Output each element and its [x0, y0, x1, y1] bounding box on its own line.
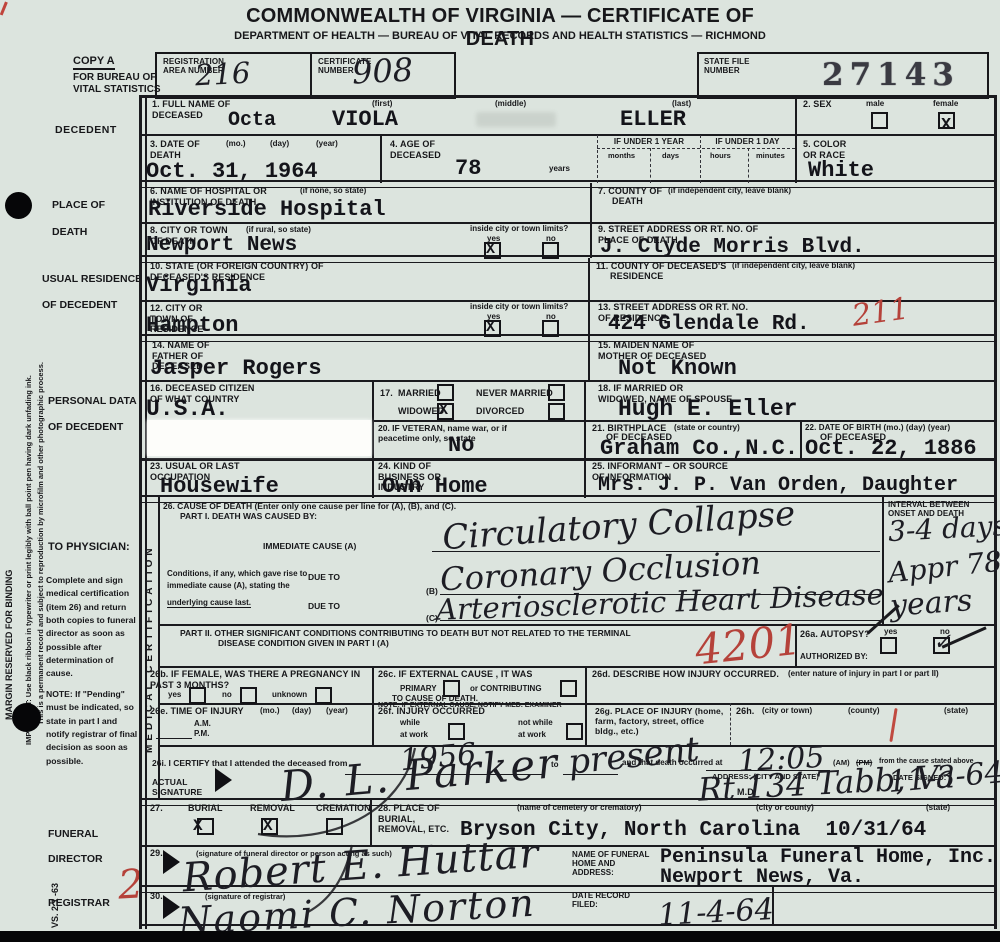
- citizen-value: U.S.A.: [146, 396, 229, 422]
- widowed-check-mark: X: [439, 402, 448, 419]
- cemetery-hint: (name of cemetery or crematory): [517, 803, 642, 812]
- funeral-home-label: NAME OF FUNERAL HOME AND ADDRESS:: [572, 850, 658, 877]
- state-residence-value: Virginia: [146, 273, 252, 298]
- date-of-death-label: 3. DATE OF DEATH: [150, 139, 212, 160]
- year-hint: (year): [316, 139, 338, 148]
- contributing-checkbox: [560, 680, 577, 697]
- section-funeral-director: FUNERAL DIRECTOR: [48, 822, 120, 872]
- page-title: COMMONWEALTH OF VIRGINIA — CERTIFICATE O…: [230, 5, 770, 51]
- age-value: 78: [455, 156, 481, 181]
- limits-no-checkbox: [542, 242, 559, 259]
- hospital-hint: (if none, so state): [300, 186, 366, 195]
- rule: [795, 95, 797, 183]
- rule: [730, 703, 731, 745]
- rule: [372, 380, 374, 498]
- write-line: [156, 738, 192, 739]
- section-registrar: REGISTRAR: [48, 897, 110, 909]
- autopsy-label: 26a. AUTOPSY?: [800, 629, 870, 640]
- date-filed-value: 11-4-64: [657, 892, 774, 933]
- describe-injury-label: 26d. DESCRIBE HOW INJURY OCCURRED.: [592, 669, 779, 680]
- months-label: months: [608, 151, 635, 160]
- copy-sublabel: FOR BUREAU OF: [73, 72, 156, 83]
- year-hint: (year): [326, 706, 348, 715]
- age-label: 4. AGE OF DECEASED: [390, 139, 450, 160]
- interval-a-value: 3-4 days: [887, 509, 1000, 548]
- burial-label: BURIAL: [188, 803, 223, 814]
- rule: [590, 183, 592, 258]
- rule: [142, 134, 995, 136]
- county-residence-label2: RESIDENCE: [610, 271, 663, 282]
- date-filed-label: DATE RECORD FILED:: [572, 891, 642, 909]
- male-checkbox: [871, 112, 888, 129]
- marital-number: 17.: [380, 388, 393, 399]
- rule: [597, 135, 598, 183]
- rule: [158, 624, 995, 626]
- city-residence-value: Hampton: [146, 313, 238, 338]
- never-married-label: NEVER MARRIED: [476, 388, 553, 399]
- city-death-value: Newport News: [146, 234, 297, 257]
- rule: [372, 666, 374, 745]
- never-married-checkbox: [548, 384, 565, 401]
- female-check-mark: X: [941, 116, 951, 135]
- interval-b-value: Appr 78,: [887, 544, 1000, 590]
- rule: [585, 666, 587, 745]
- important-note-line1: IMPORTANT: Use black ribbon in typewrite…: [24, 205, 33, 745]
- birthplace-value: Graham Co.,N.C.: [600, 436, 798, 461]
- page-subtitle: DEPARTMENT OF HEALTH — BUREAU OF VITAL R…: [230, 30, 770, 42]
- red-pen-stroke: [889, 708, 897, 742]
- rule: [380, 134, 382, 183]
- first-name-value: Octa: [228, 109, 276, 132]
- external-cause-label: 26c. IF EXTERNAL CAUSE , IT WAS: [378, 669, 532, 680]
- under-1-year-label: IF UNDER 1 YEAR: [600, 137, 698, 146]
- minutes-label: minutes: [756, 151, 785, 160]
- full-name-label: 1. FULL NAME OF DECEASED: [152, 99, 232, 120]
- registration-box-divider: [310, 52, 312, 97]
- rule: [800, 420, 802, 458]
- actual-signature-label: ACTUAL SIGNATURE: [152, 777, 210, 797]
- county-hint: (county): [848, 706, 880, 715]
- place-of-burial-label: 28. PLACE OF BURIAL, REMOVAL, ETC.: [378, 803, 460, 835]
- immediate-cause-label: IMMEDIATE CAUSE (A): [263, 541, 356, 551]
- rule: [584, 380, 586, 498]
- 30-number: 30.: [150, 891, 163, 902]
- state-hint: (state): [926, 803, 950, 812]
- 27-number: 27.: [150, 803, 163, 814]
- color-race-value: White: [808, 158, 874, 183]
- mo-hint: (mo.): [260, 706, 280, 715]
- mother-value: Not Known: [618, 356, 737, 381]
- father-value: Jasper Rogers: [150, 356, 322, 381]
- street-residence-value: 424 Glendale Rd.: [608, 313, 810, 336]
- removal-label: REMOVAL: [250, 803, 295, 814]
- arrow-icon: [163, 850, 180, 874]
- 26h-number: 26h.: [736, 706, 754, 717]
- rule: [597, 148, 795, 149]
- state-file-number-stamp: 27143: [822, 57, 960, 93]
- divorced-label: DIVORCED: [476, 406, 524, 417]
- days-label: days: [662, 151, 679, 160]
- pending-note: NOTE: If "Pending" must be indicated, so…: [46, 688, 142, 768]
- sex-label: 2. SEX: [803, 99, 832, 110]
- rule: [158, 495, 160, 798]
- rule: [145, 95, 147, 929]
- middle-hint: (middle): [495, 99, 526, 108]
- pm-label: P.M.: [194, 729, 209, 738]
- removal-check-mark: X: [263, 817, 273, 835]
- pregnancy-no-checkbox: [240, 687, 257, 704]
- cause-of-death-label: 26. CAUSE OF DEATH (Enter only one cause…: [163, 501, 593, 511]
- middle-name-value: VIOLA: [332, 107, 398, 132]
- date-of-death-value: Oct. 31, 1964: [146, 159, 318, 184]
- rule: [139, 95, 142, 929]
- binding-margin-text: MARGIN RESERVED FOR BINDING: [4, 250, 14, 720]
- city-or-town-hint: (city or town): [762, 706, 812, 715]
- hospital-value: Riverside Hospital: [148, 197, 386, 222]
- injury-occurred-label: 26f. INJURY OCCURRED: [378, 706, 485, 717]
- rule: [748, 148, 749, 183]
- part1-label: PART I. DEATH WAS CAUSED BY:: [180, 511, 317, 521]
- limits-label: inside city or town limits?: [470, 302, 585, 311]
- limits-no-checkbox: [542, 320, 559, 337]
- day-hint: (day): [270, 139, 289, 148]
- certificate-number-value: 908: [351, 50, 414, 91]
- death-certificate-document: COMMONWEALTH OF VIRGINIA — CERTIFICATE O…: [0, 0, 1000, 942]
- male-label: male: [866, 99, 884, 108]
- part2-label-line1: PART II. OTHER SIGNIFICANT CONDITIONS CO…: [180, 628, 631, 638]
- section-usual-residence: USUAL RESIDENCE OF DECEDENT: [42, 266, 147, 319]
- yes-label: yes: [168, 690, 181, 699]
- time-of-injury-label: 26e. TIME OF INJURY: [150, 706, 244, 717]
- to-physician-body: Complete and sign medical certification …: [46, 574, 142, 681]
- rule: [142, 95, 995, 98]
- informant-value: Mrs. J. P. Van Orden, Daughter: [598, 474, 958, 497]
- rule: [142, 334, 995, 342]
- business-value: Own Home: [382, 474, 488, 499]
- married-label: MARRIED: [398, 388, 441, 399]
- pregnancy-yes-checkbox: [189, 687, 206, 704]
- due-to-label: DUE TO: [308, 601, 340, 611]
- female-label: female: [933, 99, 958, 108]
- whiteout-area: [147, 420, 371, 456]
- street-death-value: J. Clyde Morris Blvd.: [600, 236, 865, 259]
- contributing-label: or CONTRIBUTING: [470, 684, 542, 693]
- state-file-label: STATE FILE NUMBER: [704, 57, 759, 76]
- yes-label: yes: [884, 627, 897, 636]
- limits-yes-check: X: [486, 241, 495, 258]
- conditions-note-underlined: underlying cause last.: [167, 598, 251, 608]
- describe-injury-hint: (enter nature of injury in part I or par…: [788, 669, 939, 678]
- spouse-value: Hugh E. Eller: [618, 396, 797, 422]
- limits-yes-check: X: [486, 319, 495, 336]
- rule: [158, 703, 995, 705]
- at-work-label: at work: [400, 730, 428, 739]
- pregnancy-label: 26b. IF FEMALE, WAS THERE A PREGNANCY IN…: [150, 669, 365, 690]
- occupation-value: Housewife: [160, 474, 279, 499]
- not-while-at-work-checkbox: [566, 723, 583, 740]
- county-death-hint: (if independent city, leave blank): [668, 186, 791, 195]
- section-personal-data: PERSONAL DATA OF DECEDENT: [48, 388, 143, 441]
- punch-hole: [12, 703, 41, 732]
- mo-hint: (mo.): [226, 139, 246, 148]
- section-decedent: DECEDENT: [55, 124, 117, 136]
- cremation-checkbox: [326, 818, 343, 835]
- state-hint: (state): [944, 706, 968, 715]
- day-hint: (day): [292, 706, 311, 715]
- county-death-label2: DEATH: [612, 196, 643, 207]
- under-1-day-label: IF UNDER 1 DAY: [700, 137, 795, 146]
- faded-name-smudge: [476, 112, 556, 127]
- authorized-by-label: AUTHORIZED BY:: [800, 652, 870, 661]
- rule: [588, 258, 590, 380]
- unknown-label: unknown: [272, 690, 307, 699]
- conditions-note: Conditions, if any, which gave rise to i…: [167, 568, 319, 592]
- 29-number: 29.: [150, 848, 163, 859]
- street-residence-red-annotation: 211: [850, 291, 912, 334]
- corner-red-mark: [0, 1, 15, 18]
- punch-hole: [5, 192, 32, 219]
- interval-c-value: years: [889, 583, 974, 624]
- burial-check-mark: X: [193, 817, 203, 835]
- cremation-label: CREMATION: [316, 803, 371, 814]
- section-place-of-death: PLACE OF DEATH: [52, 192, 124, 247]
- arrow-icon: [215, 768, 232, 792]
- years-label: years: [549, 164, 570, 173]
- birthplace-hint: (state or country): [674, 423, 740, 432]
- funeral-home-city: Newport News, Va.: [660, 866, 864, 889]
- last-name-value: ELLER: [620, 107, 686, 132]
- while-label: while: [400, 718, 420, 727]
- registration-area-value: 216: [194, 56, 251, 93]
- place-of-injury-label: 26g. PLACE OF INJURY (home, farm, factor…: [595, 706, 725, 736]
- not-while-label: not while: [518, 718, 553, 727]
- part2-label-line2: DISEASE CONDITION GIVEN IN PART I (A): [218, 638, 389, 648]
- hours-label: hours: [710, 151, 731, 160]
- county-residence-hint: (if independent city, leave blank): [732, 261, 855, 270]
- veteran-value: No: [448, 433, 474, 458]
- divorced-checkbox: [548, 403, 565, 420]
- autopsy-yes-checkbox: [880, 637, 897, 654]
- death-occurred-label: and that death occurred at: [622, 758, 722, 767]
- limits-label: inside city or town limits?: [470, 224, 585, 233]
- pregnancy-unknown-checkbox: [315, 687, 332, 704]
- primary-label: PRIMARY: [400, 684, 437, 693]
- to-physician-title: TO PHYSICIAN:: [48, 540, 138, 554]
- rule: [650, 148, 651, 183]
- no-label: no: [222, 690, 232, 699]
- rule: [158, 666, 995, 668]
- am-label: A.M.: [194, 719, 211, 728]
- copy-label: COPY A: [73, 55, 115, 70]
- at-work-label: at work: [518, 730, 546, 739]
- scan-edge-bar: [0, 931, 1000, 942]
- city-county-hint: (city or county): [756, 803, 814, 812]
- married-checkbox: [437, 384, 454, 401]
- dob-value: Oct. 22, 1886: [805, 436, 977, 461]
- copy-sublabel: VITAL STATISTICS: [73, 84, 161, 95]
- city-death-hint: (if rural, so state): [246, 225, 311, 234]
